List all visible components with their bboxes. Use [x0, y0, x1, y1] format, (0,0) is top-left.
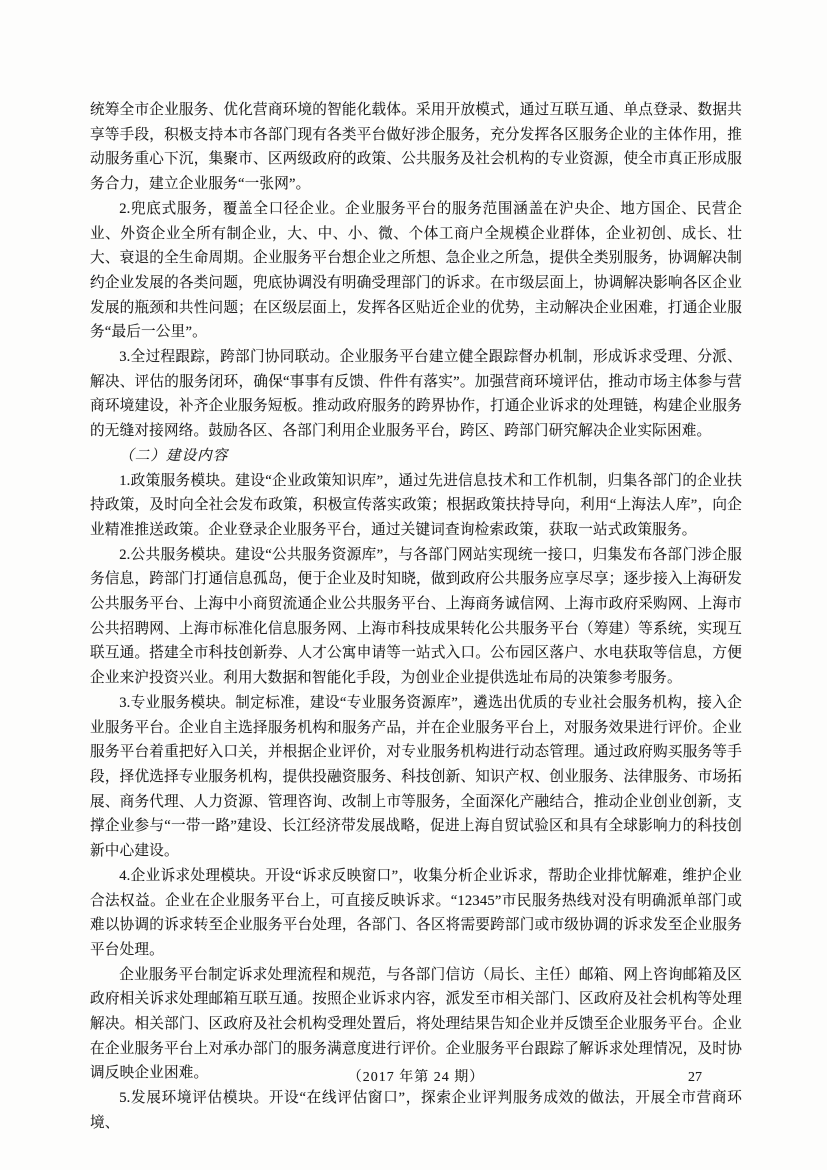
- paragraph-module-4-appeal-handling: 4.企业诉求处理模块。开设“诉求反映窗口”，收集分析企业诉求，帮助企业排忧解难，…: [90, 864, 742, 963]
- paragraph-module-3-professional-service: 3.专业服务模块。制定标准，建设“专业服务资源库”，遴选出优质的专业社会服务机构…: [90, 691, 742, 864]
- paragraph-continuation: 统筹全市企业服务、优化营商环境的智能化载体。采用开放模式，通过互联互通、单点登录…: [90, 98, 742, 197]
- paragraph-module-2-public-service: 2.公共服务模块。建设“公共服务资源库”，与各部门网站实现统一接口，归集发布各部…: [90, 543, 742, 691]
- paragraph-module-1-policy: 1.政策服务模块。建设“企业政策知识库”，通过先进信息技术和工作机制，归集各部门…: [90, 469, 742, 543]
- page-number: 27: [688, 1066, 702, 1090]
- section-heading-construction-content: （二）建设内容: [90, 444, 742, 469]
- paragraph-service-3: 3.全过程跟踪，跨部门协同联动。企业服务平台建立健全跟踪督办机制，形成诉求受理、…: [90, 345, 742, 444]
- paragraph-service-2: 2.兜底式服务，覆盖全口径企业。企业服务平台的服务范围涵盖在沪央企、地方国企、民…: [90, 197, 742, 345]
- document-page: 统筹全市企业服务、优化营商环境的智能化载体。采用开放模式，通过互联互通、单点登录…: [0, 0, 827, 1170]
- page-footer: （2017 年第 24 期） 27: [90, 1066, 742, 1090]
- paragraph-module-5-environment-evaluation: 5.发展环境评估模块。开设“在线评估窗口”，探索企业评判服务成效的做法，开展全市…: [90, 1086, 742, 1135]
- document-body: 统筹全市企业服务、优化营商环境的智能化载体。采用开放模式，通过互联互通、单点登录…: [90, 98, 742, 1136]
- journal-issue-label: （2017 年第 24 期）: [90, 1066, 742, 1090]
